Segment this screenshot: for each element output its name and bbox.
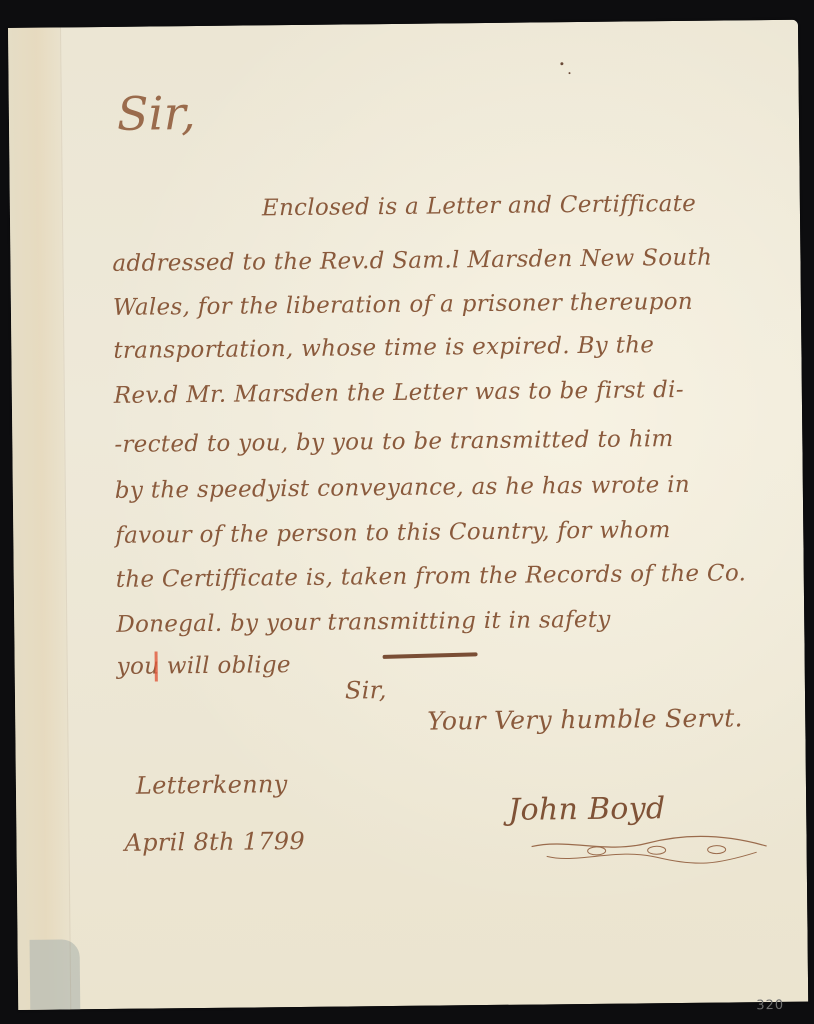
body-line-4: transportation, whose time is expired. B… — [113, 332, 654, 364]
body-line-5: Rev.d Mr. Marsden the Letter was to be f… — [114, 377, 684, 409]
body-line-9: the Certifficate is, taken from the Reco… — [116, 560, 747, 593]
red-ink-mark — [155, 651, 158, 681]
body-line-11: you will oblige — [117, 652, 291, 680]
body-line-10: Donegal. by your transmitting it in safe… — [116, 607, 611, 638]
salutation: Sir, — [117, 86, 197, 141]
body-line-6: -rected to you, by you to be transmitted… — [114, 426, 673, 458]
body-line-1: Enclosed is a Letter and Certifficate — [262, 191, 696, 222]
fold-line — [60, 27, 71, 1009]
folio-number: 320 — [756, 998, 784, 1013]
body-line-3: Wales, for the liberation of a prisoner … — [113, 289, 693, 321]
body-line-8: favour of the person to this Country, fo… — [115, 517, 671, 549]
paper-stain — [30, 939, 81, 1010]
signature: John Boyd — [508, 791, 666, 828]
body-line-2: addressed to the Rev.d Sam.l Marsden New… — [112, 245, 712, 277]
closing-servant: Your Very humble Servt. — [427, 703, 743, 735]
letter-page: Sir, Enclosed is a Letter and Certiffica… — [8, 20, 808, 1010]
body-line-7: by the speedyist conveyance, as he has w… — [115, 472, 690, 504]
paper-speck — [560, 62, 563, 65]
signature-flourish-icon — [526, 832, 776, 875]
ink-dash-stroke — [383, 652, 478, 659]
closing-sir: Sir, — [345, 676, 387, 704]
letter-date: April 8th 1799 — [124, 827, 305, 857]
paper-speck — [568, 72, 570, 74]
place-name: Letterkenny — [136, 770, 288, 800]
